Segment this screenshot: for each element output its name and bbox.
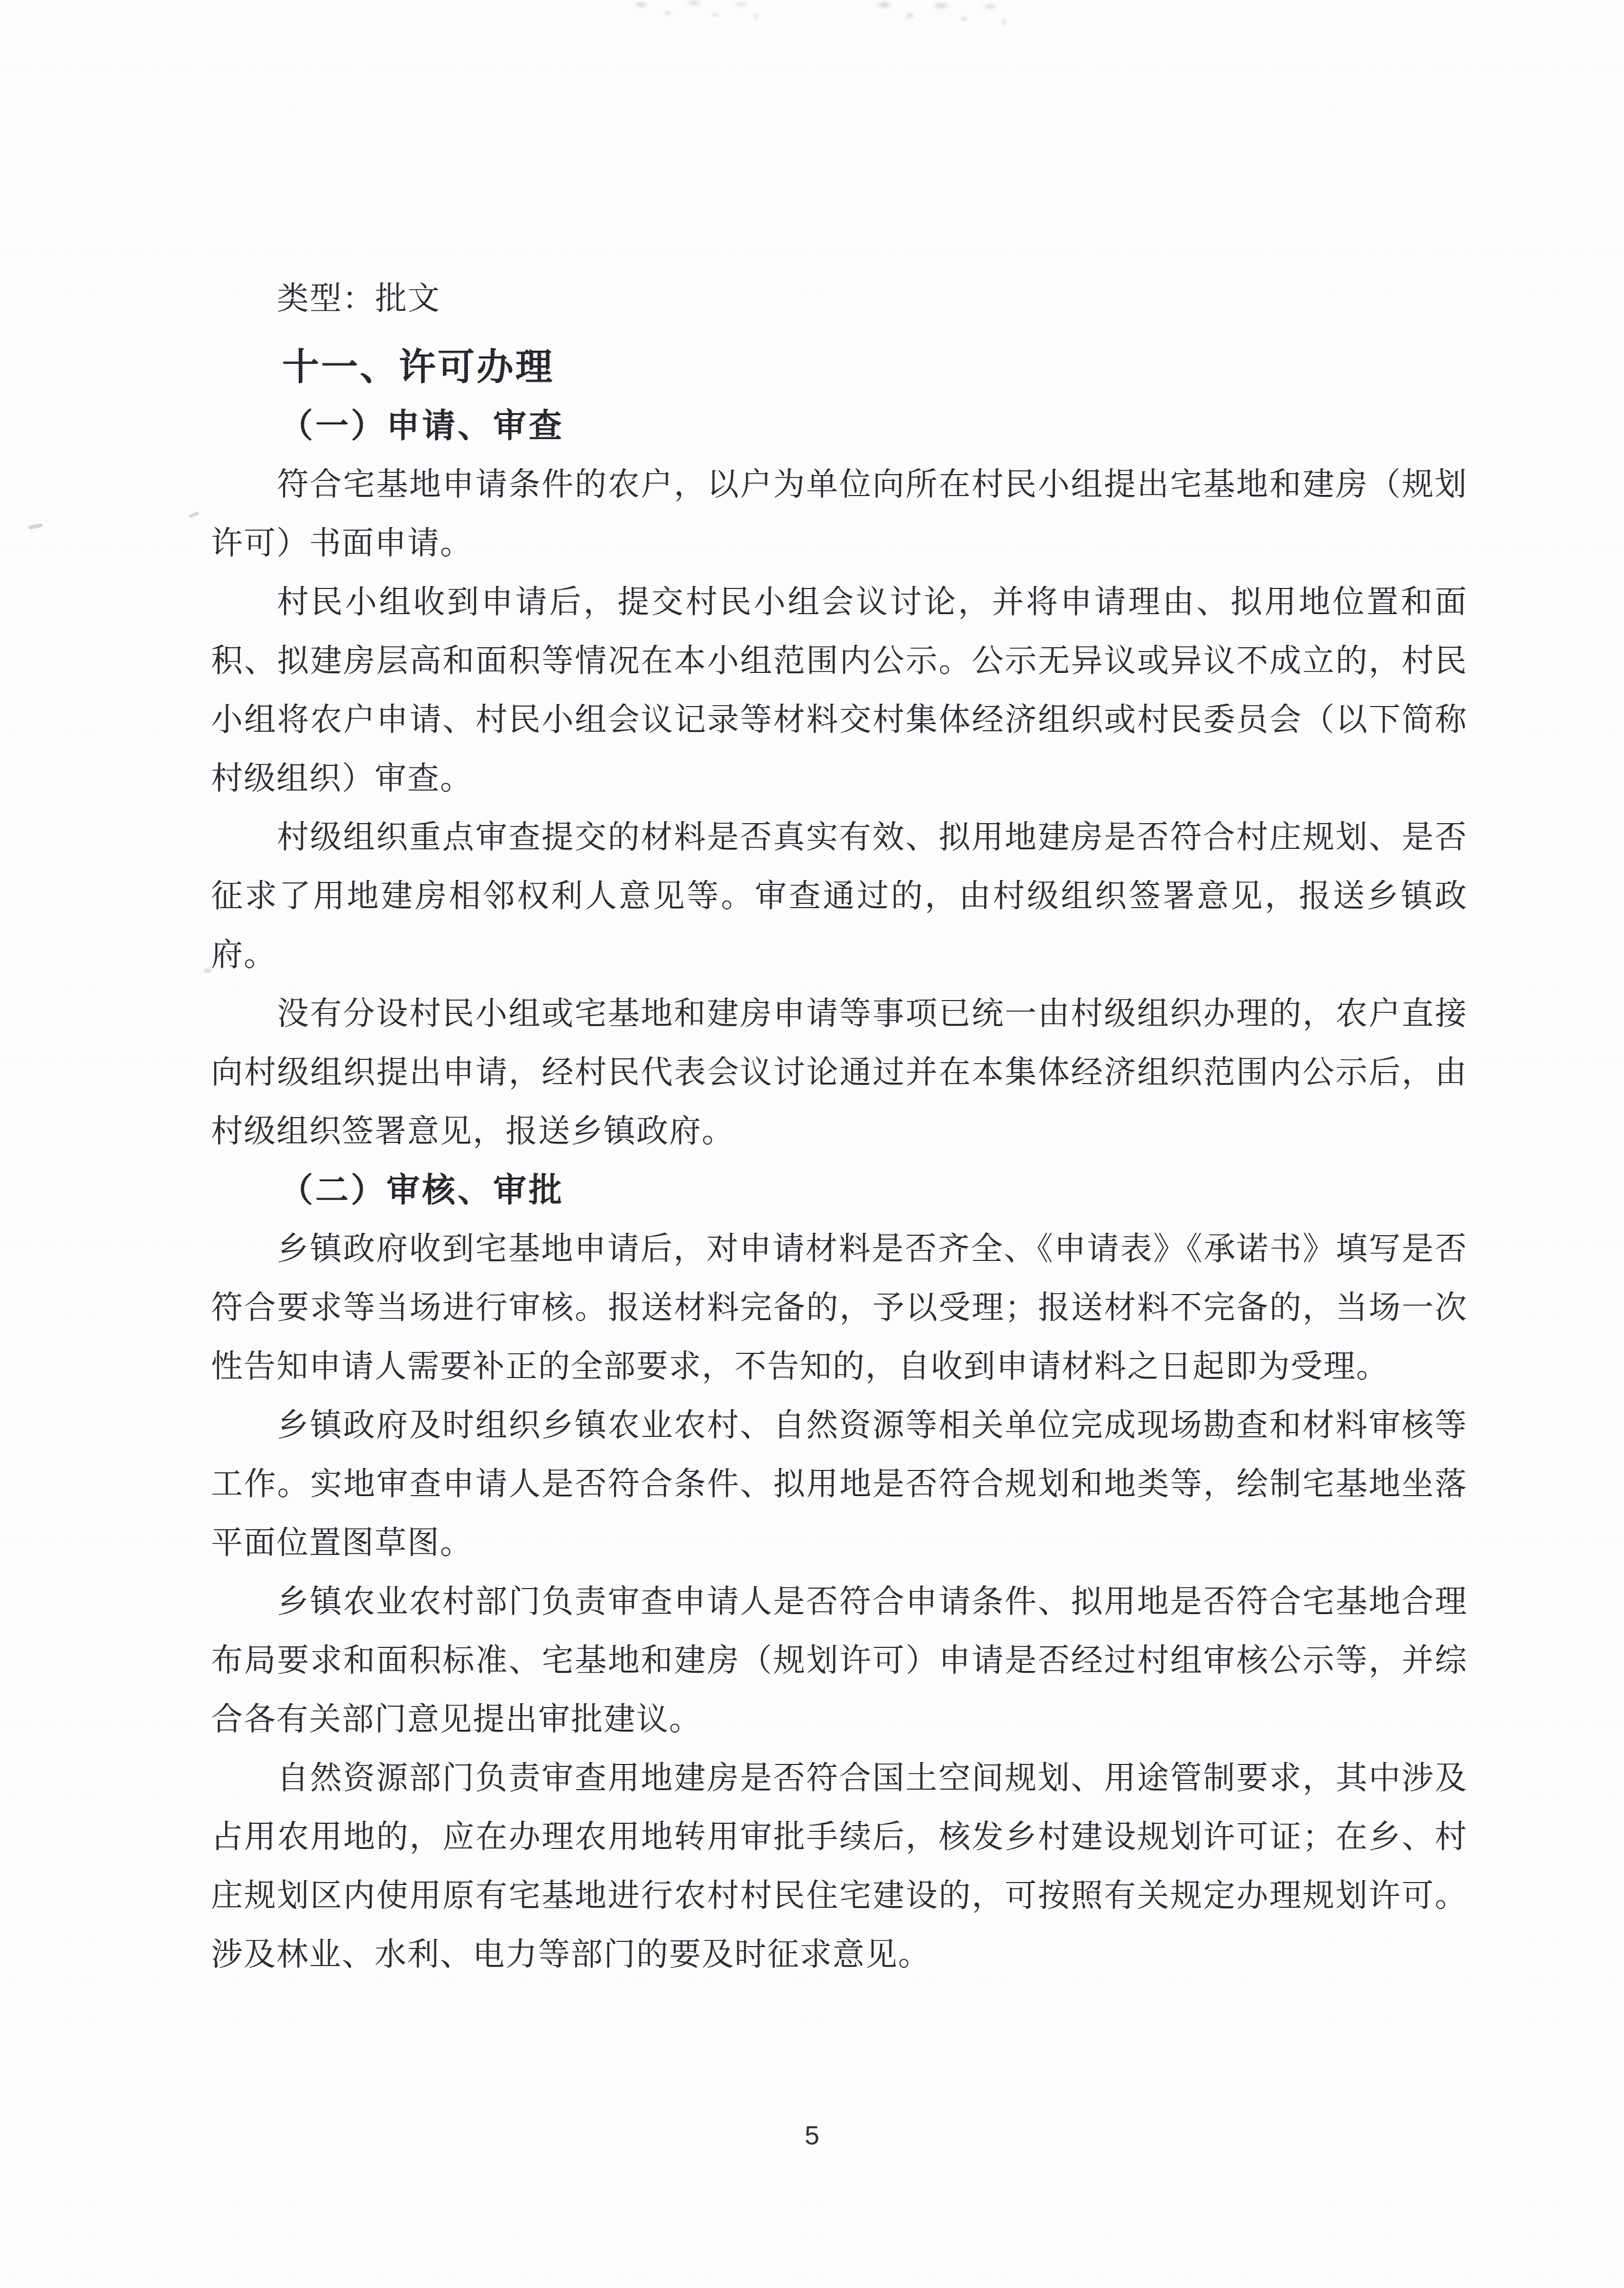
paragraph-approval-2: 乡镇政府及时组织乡镇农业农村、自然资源等相关单位完成现场勘查和材料审核等工作。实… [211, 1396, 1468, 1572]
paragraph-approval-3: 乡镇农业农村部门负责审查申请人是否符合申请条件、拟用地是否符合宅基地合理布局要求… [211, 1572, 1468, 1749]
scanned-document-page: 类型：批文 十一、许可办理 （一）申请、审查 符合宅基地申请条件的农户，以户为单… [0, 0, 1624, 2288]
subsection-heading-application-review: （一）申请、审查 [211, 396, 1468, 455]
paragraph-approval-4: 自然资源部门负责审查用地建房是否符合国土空间规划、用途管制要求，其中涉及占用农用… [211, 1749, 1468, 1984]
paragraph-approval-1: 乡镇政府收到宅基地申请后，对申请材料是否齐全、《申请表》《承诺书》填写是否符合要… [211, 1220, 1468, 1396]
scan-speck [28, 523, 43, 530]
scan-smudge-left [624, 0, 771, 28]
scan-speck [188, 511, 199, 518]
paragraph-application-4: 没有分设村民小组或宅基地和建房申请等事项已统一由村级组织办理的，农户直接向村级组… [211, 984, 1468, 1161]
document-body: 类型：批文 十一、许可办理 （一）申请、审查 符合宅基地申请条件的农户，以户为单… [211, 269, 1468, 1984]
section-heading-permit-handling: 十一、许可办理 [211, 338, 1468, 396]
paragraph-application-1: 符合宅基地申请条件的农户，以户为单位向所在村民小组提出宅基地和建房（规划许可）书… [211, 455, 1468, 573]
doc-type-line: 类型：批文 [211, 269, 1468, 328]
scan-speck [204, 968, 211, 973]
page-number: 5 [0, 2120, 1624, 2150]
subsection-heading-verify-approve: （二）审核、审批 [211, 1161, 1468, 1220]
paragraph-application-2: 村民小组收到申请后，提交村民小组会议讨论，并将申请理由、拟用地位置和面积、拟建房… [211, 573, 1468, 808]
paragraph-application-3: 村级组织重点审查提交的材料是否真实有效、拟用地建房是否符合村庄规划、是否征求了用… [211, 808, 1468, 984]
scan-smudge-right [870, 0, 1012, 34]
